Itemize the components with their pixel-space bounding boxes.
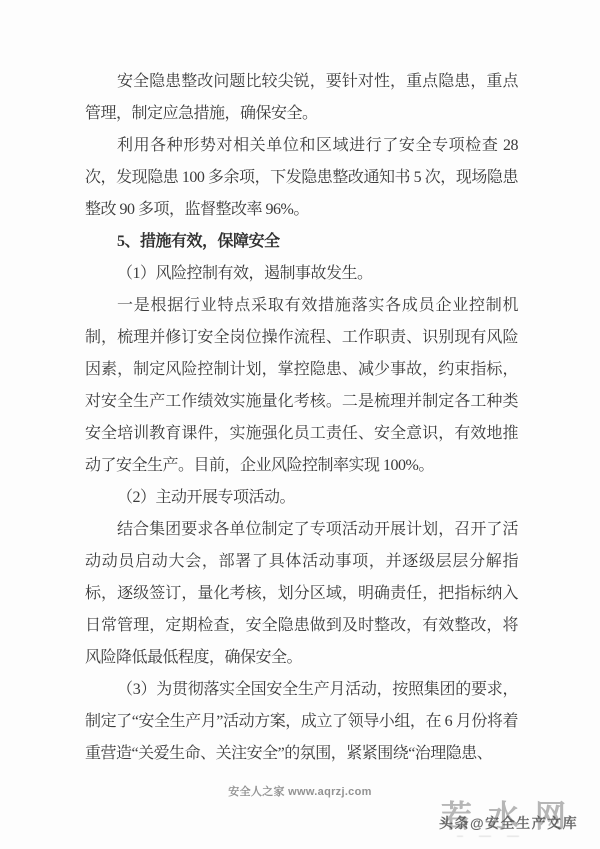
paragraph: （3）为贯彻落实全国安全生产月活动，按照集团的要求，制定了“安全生产月”活动方案… [85,674,518,770]
watermark: 若水网 头条@安全生产文库 — —— —— [439,793,599,849]
paragraph: 利用各种形势对相关单位和区域进行了安全专项检查 28 次，发现隐患 100 多余… [85,130,518,226]
watermark-small-marks: — —— —— [457,834,519,840]
footer-text: 安全人之家 www.aqrzj.com [0,783,600,799]
paragraph: 安全隐患整改问题比较尖锐，要针对性，重点隐患，重点管理，制定应急措施，确保安全。 [85,66,518,130]
paragraph: 一是根据行业特点采取有效措施落实各成员企业控制机制，梳理并修订安全岗位操作流程、… [85,290,518,482]
paragraph: 结合集团要求各单位制定了专项活动开展计划，召开了活动动员启动大会，部署了具体活动… [85,514,518,674]
watermark-mark: —— [479,834,491,840]
document-body: 安全隐患整改问题比较尖锐，要针对性，重点隐患，重点管理，制定应急措施，确保安全。… [85,66,518,770]
paragraph: （2）主动开展专项活动。 [85,482,518,514]
watermark-overlay-text: 头条@安全生产文库 [439,813,578,833]
section-heading: 5、措施有效，保障安全 [85,226,518,258]
paragraph: （1）风险控制有效，遏制事故发生。 [85,258,518,290]
document-page: 安全隐患整改问题比较尖锐，要针对性，重点隐患，重点管理，制定应急措施，确保安全。… [0,0,600,849]
watermark-mark: — [457,834,463,840]
watermark-mark: —— [507,834,519,840]
